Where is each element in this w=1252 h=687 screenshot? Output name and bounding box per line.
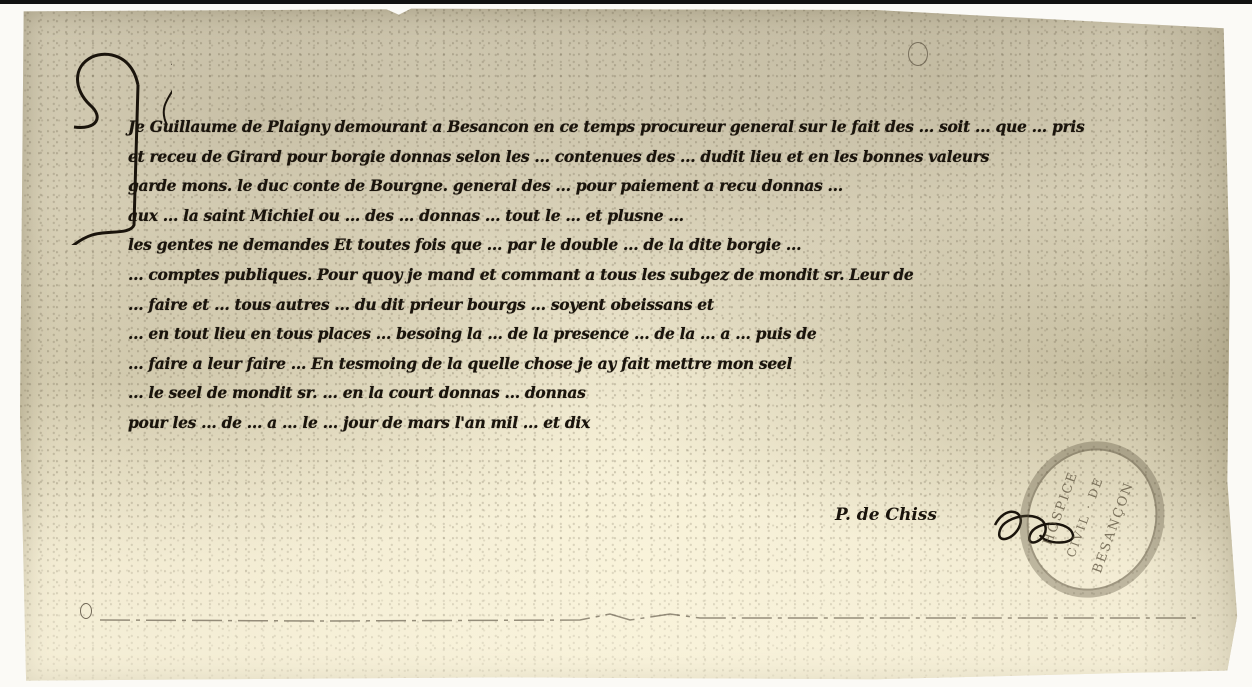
manuscript-line: ... comptes publiques. Pour quoy je mand…: [128, 260, 1188, 290]
manuscript-line: garde mons. le duc conte de Bourgne. gen…: [128, 171, 1188, 201]
manuscript-line: ... faire et ... tous autres ... du dit …: [128, 290, 1188, 320]
margin-mark: [80, 603, 92, 619]
manuscript-line: ... faire a leur faire ... En tesmoing d…: [128, 349, 1188, 379]
manuscript-line: les gentes ne demandes Et toutes fois qu…: [128, 230, 1188, 260]
manuscript-text-block: Je Guillaume de Plaigny demourant a Besa…: [128, 112, 1188, 438]
manuscript-line: ... en tout lieu en tous places ... beso…: [128, 319, 1188, 349]
manuscript-line: et receu de Girard pour borgie donnas se…: [128, 142, 1188, 172]
manuscript-line: ... le seel de mondit sr. ... en la cour…: [128, 378, 1188, 408]
small-circle-mark: [908, 42, 928, 66]
manuscript-line: pour les ... de ... a ... le ... jour de…: [128, 408, 1188, 438]
top-border: [0, 0, 1252, 4]
manuscript-line: Je Guillaume de Plaigny demourant a Besa…: [128, 112, 1188, 142]
ruled-crease-line: [20, 612, 1220, 626]
manuscript-line: aux ... la saint Michiel ou ... des ... …: [128, 201, 1188, 231]
signature: P. de Chiss: [835, 505, 937, 525]
